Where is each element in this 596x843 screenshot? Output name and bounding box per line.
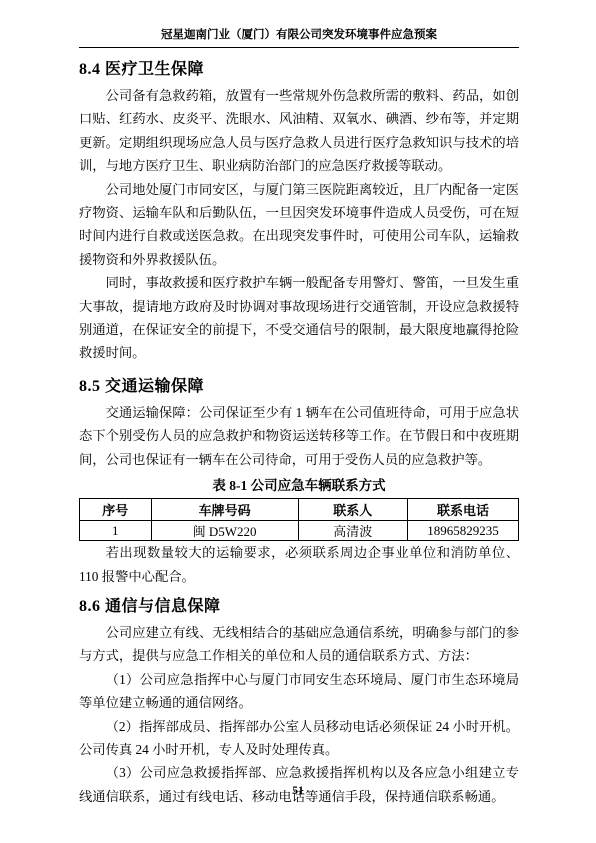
page-header: 冠星迦南门业（厦门）有限公司突发环境事件应急预案 [79, 28, 519, 48]
section-86-item-1: （1）公司应急指挥中心与厦门市同安生态环境局、厦门市生态环境局等单位建立畅通的通… [79, 668, 519, 715]
table-caption: 表 8-1 公司应急车辆联系方式 [79, 477, 519, 495]
section-84-paragraph-3: 同时，事故救援和医疗救护车辆一般配备专用警灯、警笛，一旦发生重大事故，提请地方政… [79, 271, 519, 365]
table-header-contact: 联系人 [298, 499, 407, 521]
section-85-heading: 8.5 交通运输保障 [79, 376, 519, 397]
table-header-row: 序号 车牌号码 联系人 联系电话 [80, 499, 519, 521]
document-page: 冠星迦南门业（厦门）有限公司突发环境事件应急预案 8.4 医疗卫生保障 公司备有… [0, 0, 596, 843]
table-row: 1 闽 D5W220 高清波 18965829235 [80, 521, 519, 541]
section-84-paragraph-1: 公司备有急救药箱，放置有一些常规外伤急救所需的敷料、药品，如创口贴、红药水、皮炎… [79, 84, 519, 178]
table-header-serial: 序号 [80, 499, 152, 521]
section-86-item-2: （2）指挥部成员、指挥部办公室人员移动电话必须保证 24 小时开机。公司传真 2… [79, 715, 519, 762]
table-cell-contact: 高清波 [298, 521, 407, 541]
section-85-intro-paragraph: 交通运输保障：公司保证至少有 1 辆车在公司值班待命，可用于应急状态下个别受伤人… [79, 401, 519, 471]
section-86-heading: 8.6 通信与信息保障 [79, 596, 519, 617]
table-header-plate: 车牌号码 [151, 499, 298, 521]
table-cell-phone: 18965829235 [407, 521, 518, 541]
section-84-heading: 8.4 医疗卫生保障 [79, 59, 519, 80]
page-number: 51 [0, 785, 596, 797]
emergency-vehicle-table: 序号 车牌号码 联系人 联系电话 1 闽 D5W220 高清波 18965829… [79, 498, 519, 541]
section-84-paragraph-2: 公司地处厦门市同安区，与厦门第三医院距离较近，且厂内配备一定医疗物资、运输车队和… [79, 178, 519, 272]
section-86-intro-paragraph: 公司应建立有线、无线相结合的基础应急通信系统，明确参与部门的参与方式，提供与应急… [79, 621, 519, 668]
section-85-note-paragraph: 若出现数量较大的运输要求，必须联系周边企事业单位和消防单位、110 报警中心配合… [79, 541, 519, 588]
table-header-phone: 联系电话 [407, 499, 518, 521]
table-cell-plate: 闽 D5W220 [151, 521, 298, 541]
header-title: 冠星迦南门业（厦门）有限公司突发环境事件应急预案 [161, 29, 437, 41]
table-cell-serial: 1 [80, 521, 152, 541]
